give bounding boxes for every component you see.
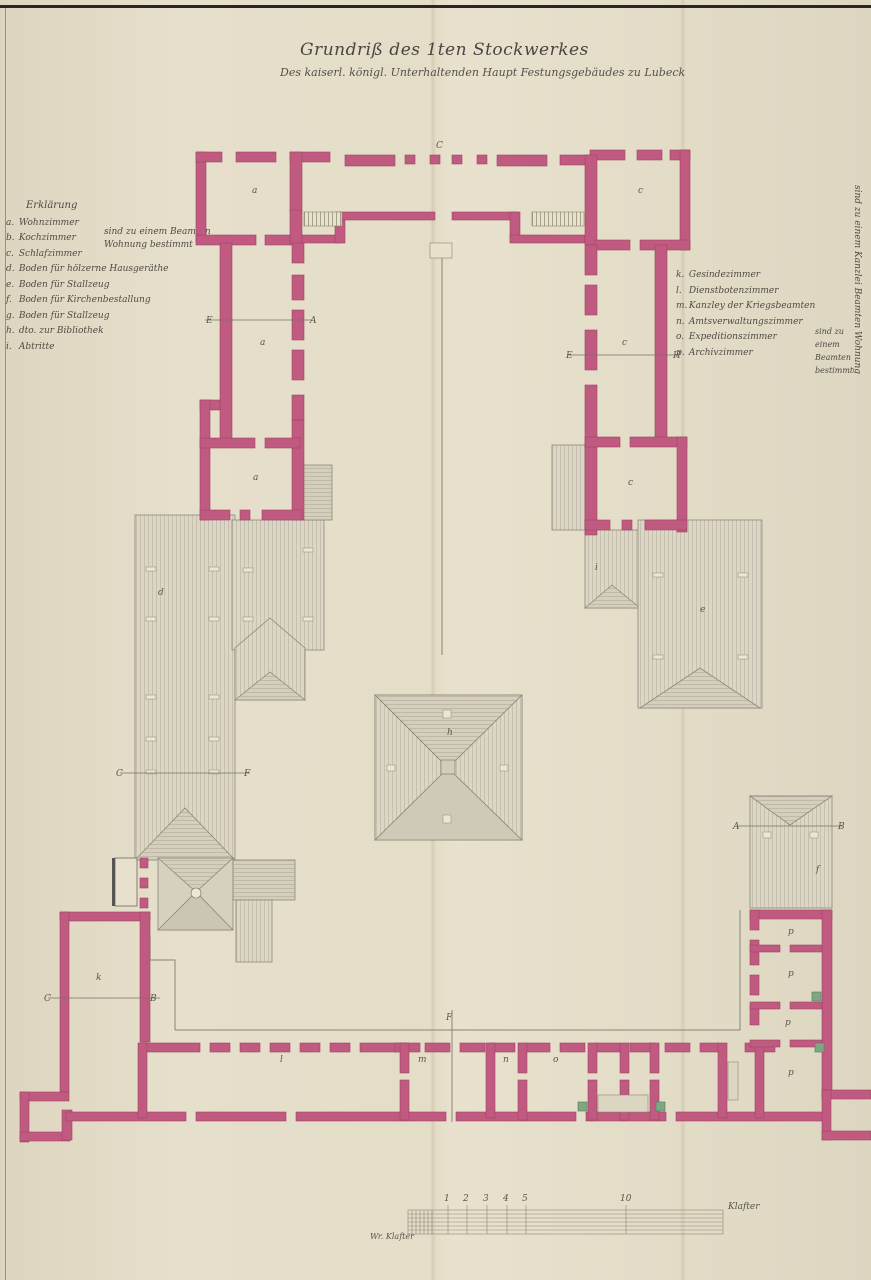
floor-plan: E A E H C F A B C B C F a c a c a c d i … — [0, 0, 871, 1280]
scale-tick: 2 — [463, 1194, 469, 1204]
scale-unit-label: Klafter — [728, 1202, 760, 1212]
svg-text:d: d — [158, 588, 164, 598]
southwest-stair — [115, 858, 137, 906]
scale-tick: 5 — [522, 1194, 528, 1204]
svg-text:F: F — [445, 1013, 453, 1023]
svg-text:F: F — [243, 769, 251, 779]
south-stair — [598, 1095, 648, 1112]
svg-text:n: n — [503, 1055, 509, 1065]
north-entrance-steps — [430, 243, 452, 258]
svg-text:a: a — [253, 473, 258, 483]
scale-bar — [408, 1205, 723, 1234]
svg-text:E: E — [205, 316, 213, 326]
svg-text:B: B — [149, 994, 157, 1004]
svg-text:A: A — [732, 822, 740, 832]
svg-text:p: p — [788, 969, 794, 979]
southwest-stair-rail — [112, 858, 115, 906]
svg-text:A: A — [309, 316, 317, 326]
svg-text:e: e — [700, 605, 705, 615]
svg-text:i: i — [595, 563, 598, 573]
svg-text:a: a — [252, 186, 257, 196]
svg-text:C: C — [116, 769, 123, 779]
svg-text:E: E — [565, 351, 573, 361]
scale-tick: 1 — [444, 1194, 450, 1204]
south-passage — [728, 1062, 738, 1100]
svg-text:C: C — [436, 141, 443, 151]
scale-left-label: Wr. Klafter — [370, 1232, 414, 1241]
scale-tick: 3 — [483, 1194, 489, 1204]
svg-text:o: o — [553, 1055, 559, 1065]
roof-southwest-pavilion — [158, 858, 295, 962]
svg-text:B: B — [837, 822, 845, 832]
scale-tick: 4 — [503, 1194, 509, 1204]
svg-text:H: H — [672, 351, 681, 361]
svg-text:c: c — [628, 478, 633, 488]
svg-text:p: p — [785, 1018, 791, 1028]
svg-text:c: c — [622, 338, 627, 348]
svg-text:a: a — [260, 338, 265, 348]
svg-text:m: m — [418, 1055, 427, 1065]
svg-text:C: C — [44, 994, 51, 1004]
roof-west-wing — [135, 465, 332, 860]
svg-text:p: p — [788, 1068, 794, 1078]
svg-text:l: l — [280, 1055, 283, 1065]
svg-text:p: p — [788, 927, 794, 937]
svg-text:k: k — [96, 973, 101, 983]
svg-text:h: h — [447, 728, 453, 738]
staircase-northwest — [304, 212, 342, 226]
staircase-northeast — [532, 212, 584, 226]
svg-text:c: c — [638, 186, 643, 196]
scale-tick: 10 — [620, 1194, 631, 1204]
